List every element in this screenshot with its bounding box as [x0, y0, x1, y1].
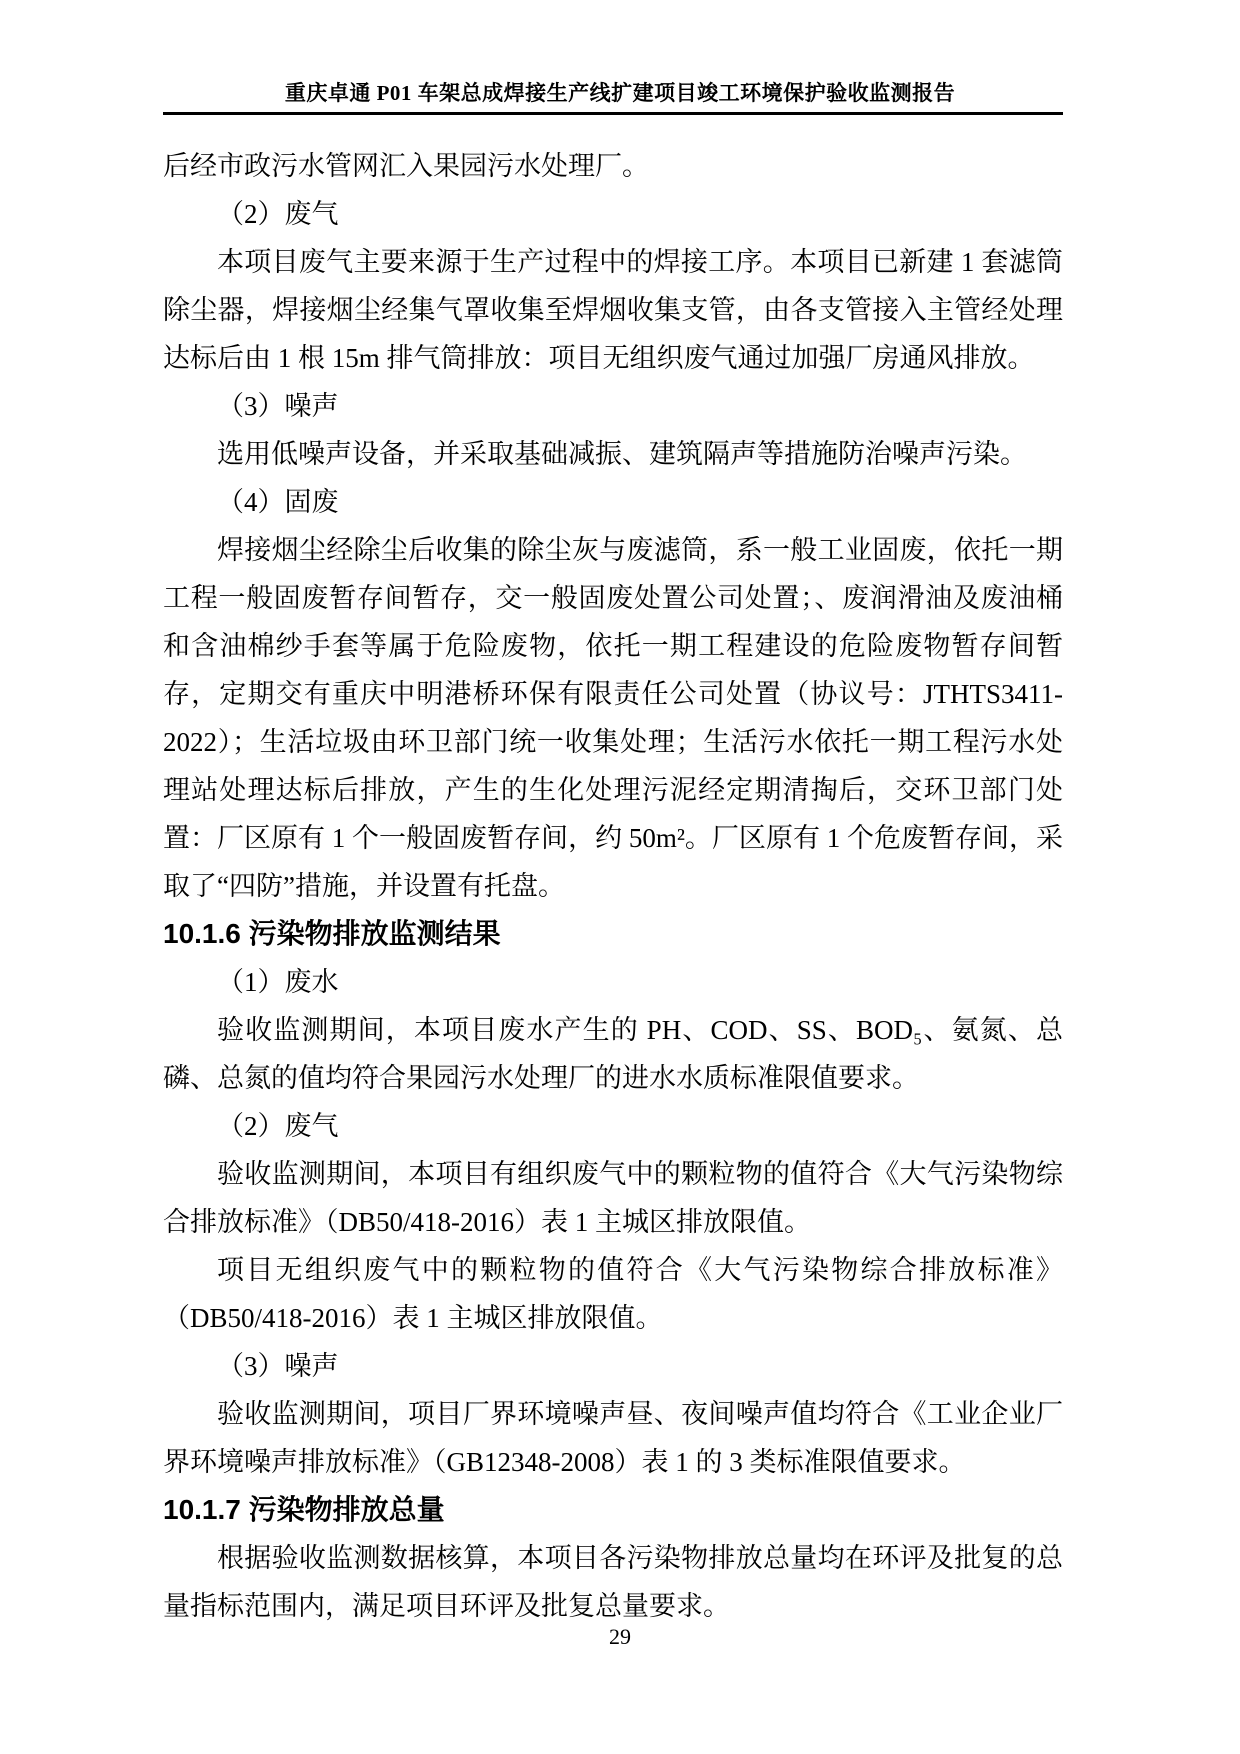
document-body: 后经市政污水管网汇入果园污水处理厂。 （2）废气 本项目废气主要来源于生产过程中…: [163, 142, 1063, 1630]
paragraph-organized-waste-gas: 验收监测期间，本项目有组织废气中的颗粒物的值符合《大气污染物综合排放标准》（DB…: [163, 1150, 1063, 1246]
page-footer: 29: [0, 1624, 1240, 1650]
list-item-4-solid-waste: （4）固废: [163, 478, 1063, 526]
list-item-3-noise-monitoring: （3）噪声: [163, 1342, 1063, 1390]
paragraph-unorganized-waste-gas: 项目无组织废气中的颗粒物的值符合《大气污染物综合排放标准》（DB50/418-2…: [163, 1246, 1063, 1342]
paragraph-noise-monitoring: 验收监测期间，项目厂界环境噪声昼、夜间噪声值均符合《工业企业厂界环境噪声排放标准…: [163, 1390, 1063, 1486]
paragraph-wastewater-monitoring: 验收监测期间，本项目废水产生的 PH、COD、SS、BOD₅、氨氮、总磷、总氮的…: [163, 1006, 1063, 1102]
list-item-2-waste-gas-monitoring: （2）废气: [163, 1102, 1063, 1150]
section-heading-10-1-7: 10.1.7 污染物排放总量: [163, 1486, 1063, 1534]
list-item-3-noise: （3）噪声: [163, 382, 1063, 430]
document-page: 重庆卓通 P01 车架总成焊接生产线扩建项目竣工环境保护验收监测报告 后经市政污…: [0, 0, 1240, 1754]
paragraph-total-emissions: 根据验收监测数据核算，本项目各污染物排放总量均在环评及批复的总量指标范围内，满足…: [163, 1534, 1063, 1630]
paragraph-continuation: 后经市政污水管网汇入果园污水处理厂。: [163, 142, 1063, 190]
report-title: 重庆卓通 P01 车架总成焊接生产线扩建项目竣工环境保护验收监测报告: [0, 80, 1240, 106]
section-heading-10-1-6: 10.1.6 污染物排放监测结果: [163, 910, 1063, 958]
paragraph-solid-waste: 焊接烟尘经除尘后收集的除尘灰与废滤筒，系一般工业固废，依托一期工程一般固废暂存间…: [163, 526, 1063, 910]
list-item-1-wastewater: （1）废水: [163, 958, 1063, 1006]
header-divider: [163, 112, 1063, 115]
paragraph-noise: 选用低噪声设备，并采取基础减振、建筑隔声等措施防治噪声污染。: [163, 430, 1063, 478]
list-item-2-waste-gas: （2）废气: [163, 190, 1063, 238]
paragraph-waste-gas: 本项目废气主要来源于生产过程中的焊接工序。本项目已新建 1 套滤筒除尘器，焊接烟…: [163, 238, 1063, 382]
page-number: 29: [609, 1624, 631, 1649]
